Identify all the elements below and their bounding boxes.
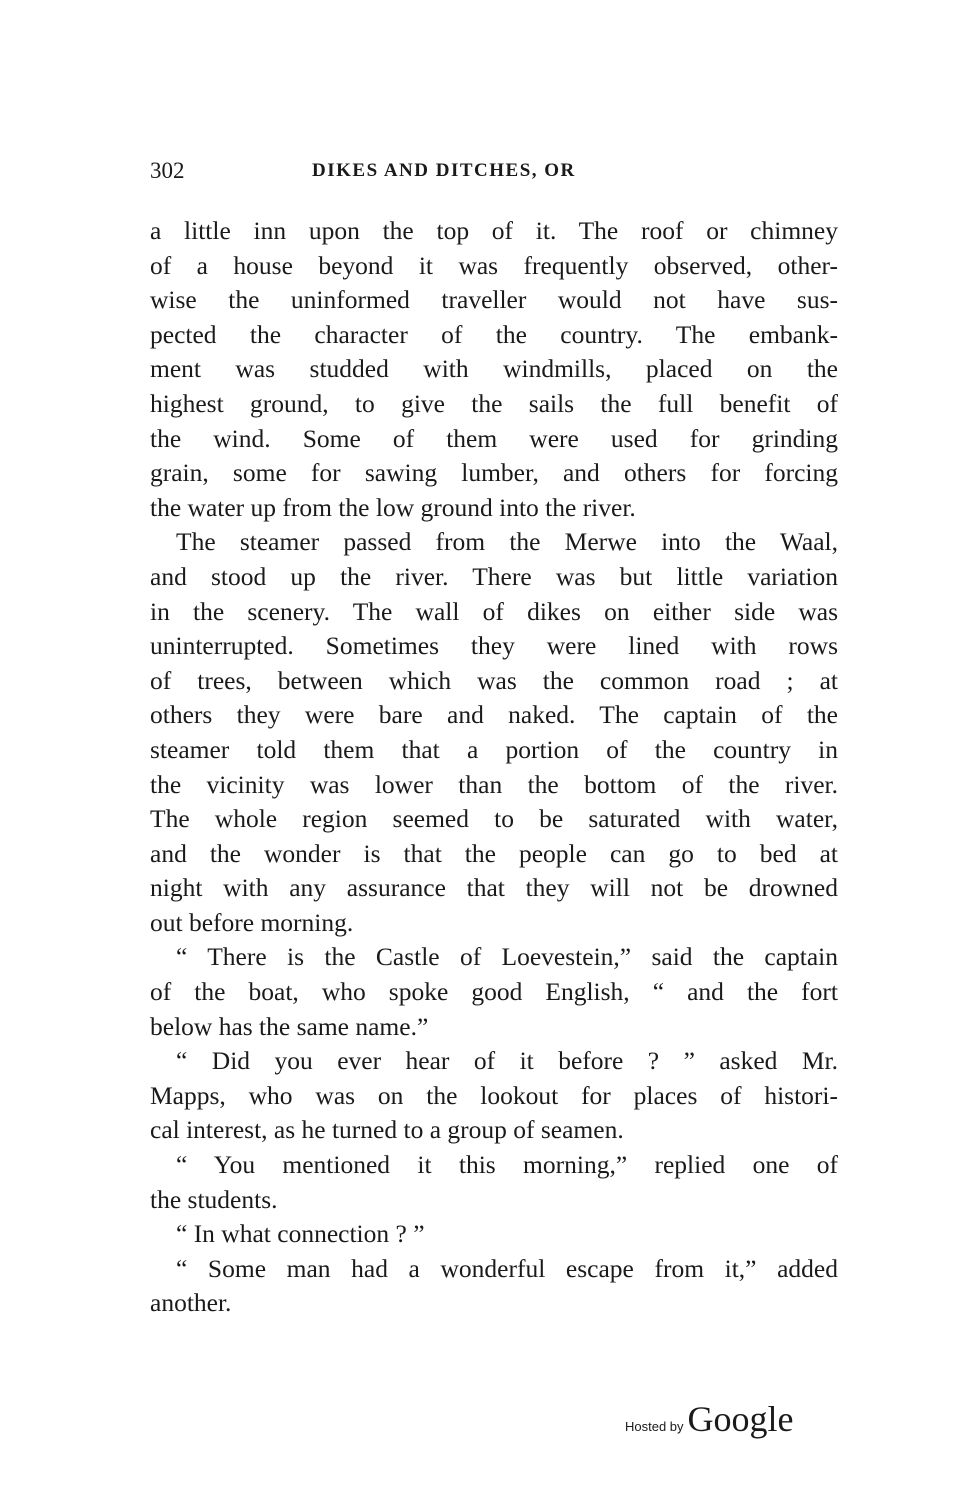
page-header: 302 DIKES AND DITCHES, OR <box>150 158 836 188</box>
text-line: night with any assurance that they will … <box>150 871 838 906</box>
text-line: a little inn upon the top of it. The roo… <box>150 214 838 249</box>
text-line: The whole region seemed to be saturated … <box>150 802 838 837</box>
text-line: “ Some man had a wonderful escape from i… <box>150 1252 838 1287</box>
hosted-by-label: Hosted by <box>625 1419 684 1434</box>
text-line: of a house beyond it was frequently obse… <box>150 249 838 284</box>
text-line: “ Did you ever hear of it before ? ” ask… <box>150 1044 838 1079</box>
text-line: pected the character of the country. The… <box>150 318 838 353</box>
book-page: 302 DIKES AND DITCHES, OR a little inn u… <box>0 0 972 1512</box>
text-line: “ In what connection ? ” <box>150 1217 838 1252</box>
text-line: “ You mentioned it this morning,” replie… <box>150 1148 838 1183</box>
text-line: the wind. Some of them were used for gri… <box>150 422 838 457</box>
text-line: cal interest, as he turned to a group of… <box>150 1113 838 1148</box>
google-logo: Google <box>688 1399 794 1439</box>
text-line: others they were bare and naked. The cap… <box>150 698 838 733</box>
body-text: a little inn upon the top of it. The roo… <box>150 214 838 1321</box>
text-line: the water up from the low ground into th… <box>150 491 838 526</box>
text-line: in the scenery. The wall of dikes on eit… <box>150 595 838 630</box>
text-line: another. <box>150 1286 838 1321</box>
text-line: ment was studded with windmills, placed … <box>150 352 838 387</box>
hosted-by-google-watermark: Hosted by Google <box>625 1398 794 1440</box>
text-line: wise the uninformed traveller would not … <box>150 283 838 318</box>
text-line: grain, some for sawing lumber, and other… <box>150 456 838 491</box>
text-line: out before morning. <box>150 906 838 941</box>
running-title: DIKES AND DITCHES, OR <box>312 160 576 182</box>
text-line: uninterrupted. Sometimes they were lined… <box>150 629 838 664</box>
text-line: the students. <box>150 1183 838 1218</box>
page-number: 302 <box>150 158 185 184</box>
text-line: steamer told them that a portion of the … <box>150 733 838 768</box>
text-line: the vicinity was lower than the bottom o… <box>150 768 838 803</box>
text-line: of trees, between which was the common r… <box>150 664 838 699</box>
text-line: The steamer passed from the Merwe into t… <box>150 525 838 560</box>
text-line: Mapps, who was on the lookout for places… <box>150 1079 838 1114</box>
text-line: and the wonder is that the people can go… <box>150 837 838 872</box>
text-line: highest ground, to give the sails the fu… <box>150 387 838 422</box>
text-line: of the boat, who spoke good English, “ a… <box>150 975 838 1010</box>
text-line: below has the same name.” <box>150 1010 838 1045</box>
text-line: and stood up the river. There was but li… <box>150 560 838 595</box>
text-line: “ There is the Castle of Loevestein,” sa… <box>150 940 838 975</box>
